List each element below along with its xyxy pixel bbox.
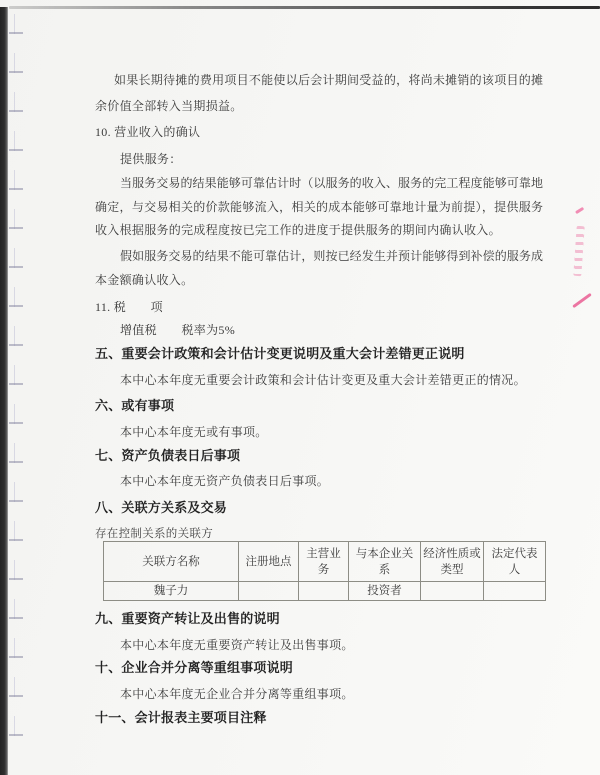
cell-main-business (299, 582, 349, 601)
cell-party-name: 魏子力 (104, 582, 239, 601)
table-header-row: 关联方名称 注册地点 主营业务 与本企业关系 经济性质或类型 法定代表人 (104, 542, 546, 582)
list-item-11: 11. 税 项 (95, 300, 163, 314)
heading-section-10: 十、企业合并分离等重组事项说明 (95, 661, 293, 675)
red-ink-tick-mark (575, 207, 584, 214)
table-caption: 存在控制关系的关联方 (95, 527, 213, 541)
body-line: 本中心本年度无重要资产转让及出售事项。 (120, 638, 354, 652)
col-header-party-name: 关联方名称 (104, 542, 239, 582)
col-header-reg-place: 注册地点 (239, 542, 299, 582)
heading-section-6: 六、或有事项 (95, 399, 174, 413)
heading-section-9: 九、重要资产转让及出售的说明 (95, 612, 280, 626)
scan-left-edge-shadow (0, 7, 8, 775)
scanned-document-page: 如果长期待摊的费用项目不能使以后会计期间受益的，将尚未摊销的该项目的摊 余价值全… (0, 0, 600, 775)
heading-section-8: 八、关联方关系及交易 (95, 501, 227, 515)
heading-section-5: 五、重要会计政策和会计估计变更说明及重大会计差错更正说明 (95, 347, 465, 361)
body-line: 本中心本年度无资产负债表日后事项。 (120, 474, 329, 488)
red-ink-stroke (572, 293, 592, 308)
heading-section-11: 十一、会计报表主要项目注释 (95, 711, 267, 725)
body-line: 本金额确认收入。 (95, 273, 193, 287)
binding-hole-dashes (9, 14, 23, 749)
body-line: 当服务交易的结果能够可靠估计时（以服务的收入、服务的完工程度能够可靠地 (120, 176, 543, 191)
body-line: 如果长期待摊的费用项目不能使以后会计期间受益的，将尚未摊销的该项目的摊 (114, 73, 543, 88)
body-line: 确定，与交易相关的价款能够流入，相关的成本能够可靠地计量为前提），提供服务 (95, 200, 543, 215)
cell-reg-place (239, 582, 299, 601)
col-header-economic-type: 经济性质或类型 (421, 542, 484, 582)
heading-section-7: 七、资产负债表日后事项 (95, 449, 240, 463)
cell-legal-rep (484, 582, 546, 601)
body-line: 假如服务交易的结果不能可靠估计，则按已经发生并预计能够得到补偿的服务成 (120, 249, 543, 264)
tax-rate-line: 增值税 税率为5% (120, 323, 235, 337)
col-header-legal-rep: 法定代表人 (484, 542, 546, 582)
cell-economic-type (421, 582, 484, 601)
body-line: 余价值全部转入当期损益。 (95, 99, 243, 113)
cell-relation: 投资者 (349, 582, 421, 601)
scan-top-edge-line (9, 6, 600, 9)
body-line: 本中心本年度无或有事项。 (120, 425, 268, 439)
body-line: 提供服务： (120, 152, 182, 166)
related-party-table: 关联方名称 注册地点 主营业务 与本企业关系 经济性质或类型 法定代表人 魏子力… (103, 541, 546, 601)
table-row: 魏子力 投资者 (104, 582, 546, 601)
red-ink-stamp-marks (573, 226, 584, 276)
body-line: 收入根据服务的完成程度按已完工作的进度于提供服务的期间内确认收入。 (95, 223, 501, 237)
body-line: 本中心本年度无重要会计政策和会计估计变更及重大会计差错更正的情况。 (120, 373, 526, 387)
col-header-relation: 与本企业关系 (349, 542, 421, 582)
col-header-main-business: 主营业务 (299, 542, 349, 582)
list-item-10: 10. 营业收入的确认 (95, 125, 200, 139)
body-line: 本中心本年度无企业合并分离等重组事项。 (120, 687, 354, 701)
